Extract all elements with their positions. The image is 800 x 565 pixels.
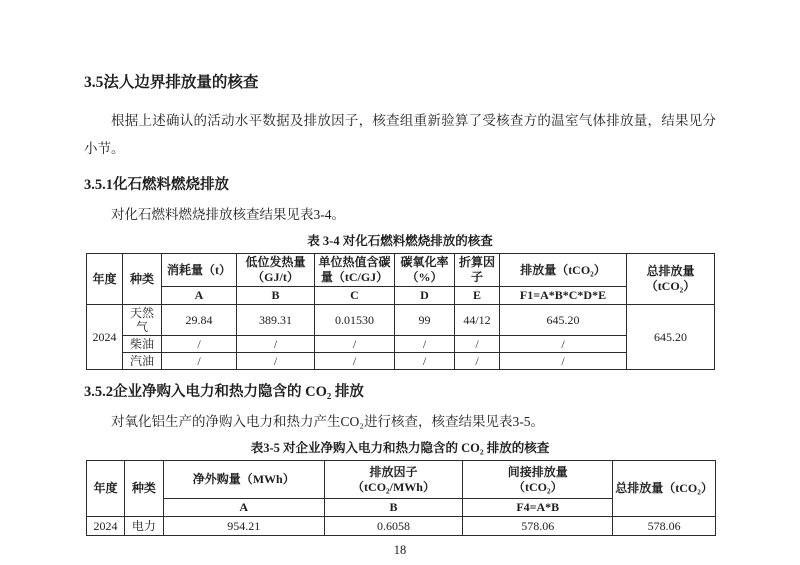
t35-header-type: 种类 (124, 461, 163, 517)
t34-cell-r2v4: / (455, 353, 500, 370)
t34-cell-r1v5: / (500, 336, 627, 353)
table-3-4-caption: 表 3-4 对化石燃料燃烧排放的核查 (84, 234, 716, 249)
t34-formula-c: C (315, 287, 395, 305)
t34-formula-d: D (395, 287, 455, 305)
t34-cell-r2v1: / (237, 353, 315, 370)
t35-header-year: 年度 (87, 461, 125, 517)
t34-formula-b: B (237, 287, 315, 305)
t35-cell-type: 电力 (124, 517, 163, 536)
t35-cell-v3: 578.06 (613, 517, 716, 536)
table-row: 汽油 / / / / / / (87, 353, 715, 370)
table-3-4: 年度 种类 消耗量（t） 低位发热量 （GJ/t） 单位热值含碳 量（tC/GJ… (86, 253, 715, 370)
t34-cell-year: 2024 (87, 305, 123, 370)
section-heading-3-5: 3.5法人边界排放量的核查 (84, 73, 716, 92)
table-row: 柴油 / / / / / / (87, 336, 715, 353)
table-row: 2024 天然气 29.84 389.31 0.01530 99 44/12 6… (87, 305, 715, 336)
t34-formula-e: E (455, 287, 500, 305)
t34-cell-r1v0: / (162, 336, 237, 353)
t34-header-total-emission: 总排放量 （tCO₂） (627, 254, 715, 305)
t35-header-factor: 排放因子 （tCO₂/MWh） (324, 461, 463, 499)
t35-cell-year: 2024 (87, 517, 125, 536)
t35-header-total: 总排放量（tCO₂） (613, 461, 716, 517)
t34-cell-total: 645.20 (627, 305, 715, 370)
t34-formula-a: A (162, 287, 237, 305)
t35-formula-b: B (324, 499, 463, 517)
t35-cell-v2: 578.06 (463, 517, 613, 536)
t34-cell-fuel-1: 柴油 (123, 336, 162, 353)
page-number: 18 (84, 543, 716, 558)
document-page: 3.5法人边界排放量的核查 根据上述确认的活动水平数据及排放因子，核查组重新验算… (0, 0, 800, 565)
t34-cell-r0v1: 389.31 (237, 305, 315, 336)
t34-cell-r2v2: / (315, 353, 395, 370)
t34-cell-fuel-2: 汽油 (123, 353, 162, 370)
t34-formula-f: F1=A*B*C*D*E (500, 287, 627, 305)
t34-header-conversion-factor: 折算因 子 (455, 254, 500, 287)
paragraph-3-5-2: 对氧化铝生产的净购入电力和热力产生CO₂进行核查，核查结果见表3-5。 (84, 414, 716, 430)
t34-header-heat-value: 低位发热量 （GJ/t） (237, 254, 315, 287)
t34-cell-r0v2: 0.01530 (315, 305, 395, 336)
t34-cell-fuel-0: 天然气 (123, 305, 162, 336)
t34-cell-r1v4: / (455, 336, 500, 353)
t34-header-year: 年度 (87, 254, 123, 305)
t35-cell-v0: 954.21 (163, 517, 324, 536)
t34-cell-r2v0: / (162, 353, 237, 370)
t35-formula-f: F4=A*B (463, 499, 613, 517)
t34-cell-r1v2: / (315, 336, 395, 353)
t34-header-consumption: 消耗量（t） (162, 254, 237, 287)
t34-cell-r0v0: 29.84 (162, 305, 237, 336)
t34-cell-r2v3: / (395, 353, 455, 370)
t34-cell-r2v5: / (500, 353, 627, 370)
t35-header-purchased: 净外购量（MWh） (163, 461, 324, 499)
t34-cell-r1v1: / (237, 336, 315, 353)
t35-cell-v1: 0.6058 (324, 517, 463, 536)
section-heading-3-5-2: 3.5.2企业净购入电力和热力隐含的 CO₂ 排放 (84, 383, 716, 401)
section-heading-3-5-1: 3.5.1化石燃料燃烧排放 (84, 176, 716, 194)
paragraph-3-5: 根据上述确认的活动水平数据及排放因子，核查组重新验算了受核查方的温室气体排放量，… (84, 107, 716, 163)
t34-cell-r0v3: 99 (395, 305, 455, 336)
table-3-5: 年度 种类 净外购量（MWh） 排放因子 （tCO₂/MWh） 间接排放量 （t… (86, 460, 716, 536)
table-row: 2024 电力 954.21 0.6058 578.06 578.06 (87, 517, 716, 536)
t34-header-emission: 排放量（tCO₂） (500, 254, 627, 287)
t34-header-oxidation-rate: 碳氧化率 （%） (395, 254, 455, 287)
t35-formula-a: A (163, 499, 324, 517)
t34-header-fuel: 种类 (123, 254, 162, 305)
t35-header-indirect: 间接排放量 （tCO₂） (463, 461, 613, 499)
t34-cell-r1v3: / (395, 336, 455, 353)
t34-header-carbon-content: 单位热值含碳 量（tC/GJ） (315, 254, 395, 287)
table-3-5-caption: 表3-5 对企业净购入电力和热力隐含的 CO₂ 排放的核查 (84, 441, 716, 456)
paragraph-3-5-1: 对化石燃料燃烧排放核查结果见表3-4。 (84, 207, 716, 223)
t34-cell-r0v4: 44/12 (455, 305, 500, 336)
t34-cell-r0v5: 645.20 (500, 305, 627, 336)
